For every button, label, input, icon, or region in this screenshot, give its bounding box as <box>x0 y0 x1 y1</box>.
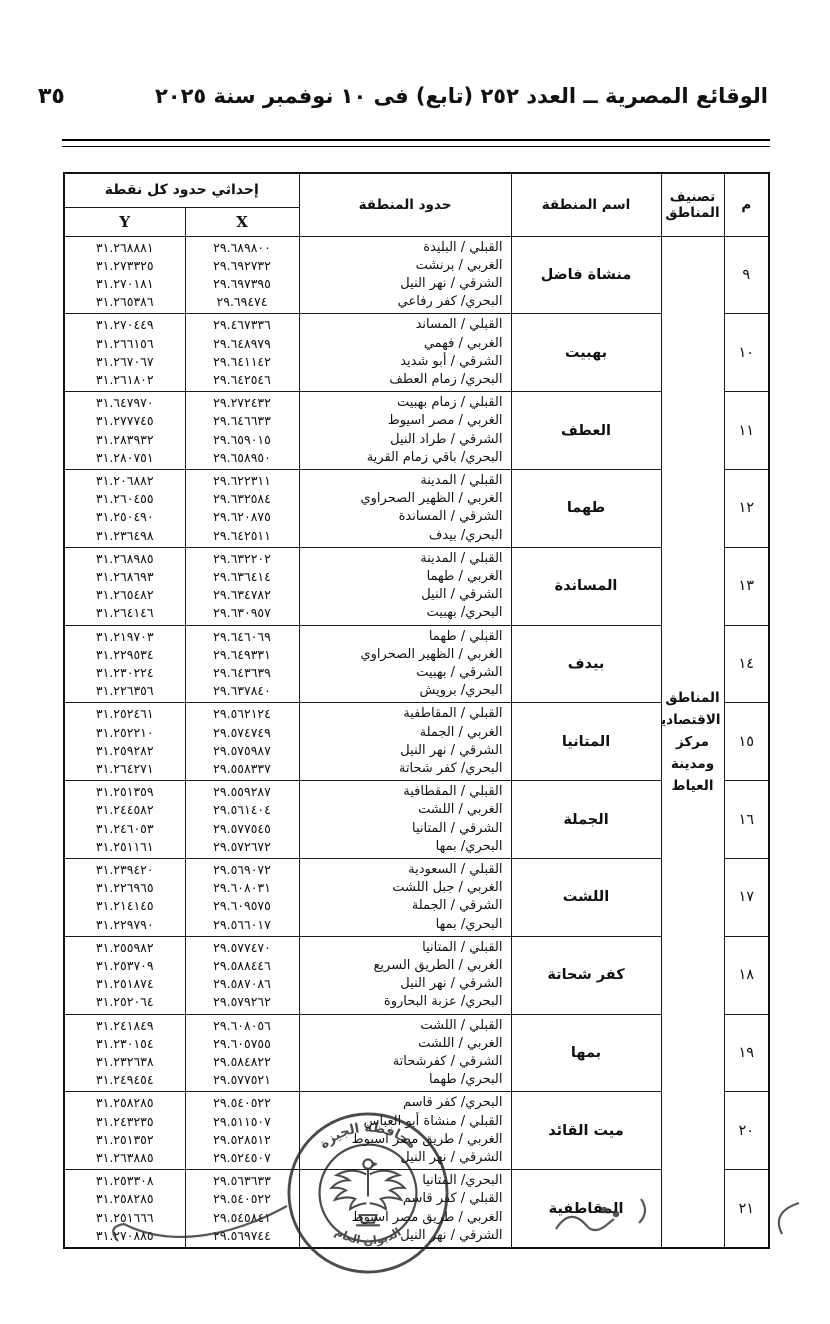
x-coordinate-value: ٢٩.٥٧٢٦٧٢ <box>186 838 299 856</box>
area-boundaries: القبلي / البليدةالغربي / برنشتالشرقي / ن… <box>299 236 511 314</box>
x-coordinate-value: ٢٩.٦٤٢٥١١ <box>186 527 299 545</box>
boundary-line: الشرقي / طراد النيل <box>302 431 503 449</box>
boundary-line: البحري/ باقي زمام القرية <box>302 449 503 467</box>
x-coordinate-value: ٢٩.٦٤٣٦٣٩ <box>186 664 299 682</box>
x-coordinate-value: ٢٩.٥٧٩٢٦٢ <box>186 993 299 1011</box>
y-coordinates: ٣١.٦٤٧٩٧٠٣١.٢٧٧٧٤٥٣١.٢٨٣٩٣٢٣١.٢٨٠٧٥١ <box>64 392 185 470</box>
boundary-line: القبلي / طهما <box>302 628 503 646</box>
y-coordinate-value: ٣١.٢٥٣٧٠٩ <box>65 957 185 975</box>
x-coordinate-value: ٢٩.٥٦٩٠٧٢ <box>186 861 299 879</box>
area-boundaries: القبلي / المتانياالغربي / الطريق السريعا… <box>299 936 511 1014</box>
area-boundaries: القبلي / المساندالغربي / فهميالشرقي / أب… <box>299 314 511 392</box>
boundary-line: الغربي / طريق مصر اسيوط <box>302 1131 503 1149</box>
x-coordinate-value: ٢٩.٦٠٨٠٣١ <box>186 879 299 897</box>
y-coordinate-value: ٣١.٢٣٠١٥٤ <box>65 1035 185 1053</box>
area-name: المساندة <box>511 547 661 625</box>
page-header: الوقائع المصرية ــ العدد ٢٥٢ (تابع) فى ١… <box>38 84 768 109</box>
y-coordinate-value: ٣١.٢٤٤٥٨٢ <box>65 801 185 819</box>
x-coordinate-value: ٢٩.٥٢٨٥١٢ <box>186 1131 299 1149</box>
x-coordinate-value: ٢٩.٦٤٢٥٤٦ <box>186 371 299 389</box>
y-coordinate-value: ٣١.٢٨٠٧٥١ <box>65 449 185 467</box>
y-coordinate-value: ٣١.٢٧٠٨٨٥ <box>65 1227 185 1245</box>
row-index: ١٣ <box>724 547 769 625</box>
y-coordinates: ٣١.٢١٩٧٠٣٣١.٢٢٩٥٣٤٣١.٢٣٠٢٢٤٣١.٢٢٦٣٥٦ <box>64 625 185 703</box>
y-coordinate-value: ٣١.٢٥١٣٥٢ <box>65 1131 185 1149</box>
boundary-line: الغربي / طهما <box>302 568 503 586</box>
x-coordinate-value: ٢٩.٥٢٤٥٠٧ <box>186 1149 299 1167</box>
header-divider-rule <box>62 139 770 147</box>
area-boundaries: القبلي / المدينةالغربي / طهماالشرقي / ال… <box>299 547 511 625</box>
row-index: ١٠ <box>724 314 769 392</box>
table-header: م تصنيف المناطق اسم المنطقة حدود المنطقة… <box>64 173 769 236</box>
row-index: ١٦ <box>724 781 769 859</box>
area-name: بيدف <box>511 625 661 703</box>
x-coordinates: ٢٩.٦٠٨٠٥٦٢٩.٦٠٥٧٥٥٢٩.٥٨٤٨٢٢٢٩.٥٧٧٥٢١ <box>185 1014 299 1092</box>
y-coordinate-value: ٣١.٢٦٠٤٥٥ <box>65 490 185 508</box>
x-coordinate-value: ٢٩.٦٣٠٩٥٧ <box>186 604 299 622</box>
x-coordinates: ٢٩.٢٧٢٤٣٢٢٩.٦٤٦٦٣٣٢٩.٦٥٩٠١٥٢٩.٦٥٨٩٥٠ <box>185 392 299 470</box>
x-coordinates: ٢٩.٦٣٢٢٠٢٢٩.٦٣٦٤١٤٢٩.٦٣٤٧٨٢٢٩.٦٣٠٩٥٧ <box>185 547 299 625</box>
row-index: ١٧ <box>724 859 769 937</box>
x-coordinate-value: ٢٩.٦٣٢٥٨٤ <box>186 490 299 508</box>
y-coordinates: ٣١.٢٥١٣٥٩٣١.٢٤٤٥٨٢٣١.٢٤٦٠٥٣٣١.٢٥١١٦١ <box>64 781 185 859</box>
x-coordinate-value: ٢٩.٥٧٤٧٤٩ <box>186 724 299 742</box>
x-coordinate-value: ٢٩.٥٦٣٦٣٣ <box>186 1172 299 1190</box>
col-header-classification: تصنيف المناطق <box>661 173 724 236</box>
y-coordinate-value: ٣١.٢٥٢٠٦٤ <box>65 993 185 1011</box>
area-name: طهما <box>511 469 661 547</box>
y-coordinate-value: ٣١.٢٦٤٢٧١ <box>65 760 185 778</box>
row-index: ١٩ <box>724 1014 769 1092</box>
col-header-y: Y <box>64 207 185 236</box>
x-coordinate-value: ٢٩.٦٤٨٩٧٩ <box>186 335 299 353</box>
y-coordinate-value: ٣١.٢٦٥٣٨٦ <box>65 293 185 311</box>
area-boundaries: القبلي / السعوديةالغربي / جبل اللشتالشرق… <box>299 859 511 937</box>
x-coordinate-value: ٢٩.٥٦٦٠١٧ <box>186 916 299 934</box>
row-index: ٩ <box>724 236 769 314</box>
area-name: كفر شحاتة <box>511 936 661 1014</box>
x-coordinate-value: ٢٩.٦٠٨٠٥٦ <box>186 1017 299 1035</box>
x-coordinate-value: ٢٩.٦٩٢٧٣٢ <box>186 257 299 275</box>
boundary-line: البحري/ برويش <box>302 682 503 700</box>
x-coordinate-value: ٢٩.٥٧٥٩٨٧ <box>186 742 299 760</box>
area-name: بهبيت <box>511 314 661 392</box>
boundary-line: القبلي / المتانيا <box>302 939 503 957</box>
x-coordinate-value: ٢٩.٢٧٢٤٣٢ <box>186 394 299 412</box>
boundary-line: القبلي / اللشت <box>302 1017 503 1035</box>
y-coordinate-value: ٣١.٢٤٣٢٣٥ <box>65 1113 185 1131</box>
x-coordinate-value: ٢٩.٥٦٩٧٤٤ <box>186 1227 299 1245</box>
y-coordinate-value: ٣١.٢٥٠٤٩٠ <box>65 508 185 526</box>
y-coordinate-value: ٣١.٢٧٣٣٢٥ <box>65 257 185 275</box>
y-coordinate-value: ٣١.٢٥٨٢٨٥ <box>65 1094 185 1112</box>
area-name: اللشت <box>511 859 661 937</box>
x-coordinate-value: ٢٩.٦٤٦٦٣٣ <box>186 412 299 430</box>
y-coordinate-value: ٣١.٢٦٧٠٦٧ <box>65 353 185 371</box>
boundary-line: الشرقي / المساندة <box>302 508 503 526</box>
page-number: ٣٥ <box>38 84 65 109</box>
area-boundaries: البحري/ المتانياالقبلي / كفر قاسمالغربي … <box>299 1170 511 1248</box>
y-coordinate-value: ٣١.٢٥٢٤٦١ <box>65 705 185 723</box>
boundary-line: القبلي / منشاة أبو العباس <box>302 1113 503 1131</box>
y-coordinates: ٣١.٢٠٦٨٨٢٣١.٢٦٠٤٥٥٣١.٢٥٠٤٩٠٣١.٢٣٦٤٩٨ <box>64 469 185 547</box>
area-name: العطف <box>511 392 661 470</box>
x-coordinates: ٢٩.٥٦٣٦٣٣٢٩.٥٤٠٥٢٢٢٩.٥٤٥٨٤١٢٩.٥٦٩٧٤٤ <box>185 1170 299 1248</box>
zones-coordinates-table: م تصنيف المناطق اسم المنطقة حدود المنطقة… <box>63 172 770 1249</box>
y-coordinate-value: ٣١.٢٥١١٦١ <box>65 838 185 856</box>
x-coordinate-value: ٢٩.٦٤٦٠٦٩ <box>186 628 299 646</box>
y-coordinate-value: ٣١.٢٢٩٧٩٠ <box>65 916 185 934</box>
boundary-line: البحري/ طهما <box>302 1071 503 1089</box>
y-coordinate-value: ٣١.٢١٩٧٠٣ <box>65 628 185 646</box>
y-coordinate-value: ٣١.٢٣٠٢٢٤ <box>65 664 185 682</box>
x-coordinate-value: ٢٩.٥٥٨٣٣٧ <box>186 760 299 778</box>
y-coordinate-value: ٣١.٢٧٠٤٤٩ <box>65 316 185 334</box>
x-coordinate-value: ٢٩.٥٧٧٥٤٥ <box>186 820 299 838</box>
x-coordinate-value: ٢٩.٥٤٠٥٢٢ <box>186 1190 299 1208</box>
boundary-line: الشرقي / نهر النيل <box>302 275 503 293</box>
boundary-line: البحري/ المتانيا <box>302 1172 503 1190</box>
y-coordinate-value: ٣١.٢٦١٨٠٢ <box>65 371 185 389</box>
y-coordinates: ٣١.٢٤١٨٤٩٣١.٢٣٠١٥٤٣١.٢٣٢٦٣٨٣١.٢٤٩٤٥٤ <box>64 1014 185 1092</box>
area-name: المقاطفية <box>511 1170 661 1248</box>
area-name: بمها <box>511 1014 661 1092</box>
boundary-line: الغربي / جبل اللشت <box>302 879 503 897</box>
x-coordinate-value: ٢٩.٥٤٥٨٤١ <box>186 1209 299 1227</box>
y-coordinates: ٣١.٢٦٨٨٨١٣١.٢٧٣٣٢٥٣١.٢٧٠١٨١٣١.٢٦٥٣٨٦ <box>64 236 185 314</box>
boundary-line: الشرقي / نهر النيل <box>302 975 503 993</box>
boundary-line: البحري/ زمام العطف <box>302 371 503 389</box>
boundary-line: الغربي / طريق مصر اسيوط <box>302 1209 503 1227</box>
y-coordinate-value: ٣١.٢٥٢٢١٠ <box>65 724 185 742</box>
y-coordinate-value: ٣١.٢٥٥٩٨٢ <box>65 939 185 957</box>
boundary-line: الشرقي / أبو شديد <box>302 353 503 371</box>
boundary-line: البحري/ بيدف <box>302 527 503 545</box>
row-index: ٢٠ <box>724 1092 769 1170</box>
boundary-line: البحري/ كفر قاسم <box>302 1094 503 1112</box>
y-coordinates: ٣١.٢٥٥٩٨٢٣١.٢٥٣٧٠٩٣١.٢٥١٨٧٤٣١.٢٥٢٠٦٤ <box>64 936 185 1014</box>
area-boundaries: البحري/ كفر قاسمالقبلي / منشاة أبو العبا… <box>299 1092 511 1170</box>
col-header-x: X <box>185 207 299 236</box>
x-coordinate-value: ٢٩.٥٦١٤٠٤ <box>186 801 299 819</box>
boundary-line: القبلي / المقطافية <box>302 783 503 801</box>
y-coordinate-value: ٣١.٢٨٣٩٣٢ <box>65 431 185 449</box>
y-coordinate-value: ٣١.٢٥٣٣٠٨ <box>65 1172 185 1190</box>
y-coordinate-value: ٣١.٢٤٦٠٥٣ <box>65 820 185 838</box>
x-coordinate-value: ٢٩.٥٨٨٤٤٦ <box>186 957 299 975</box>
area-boundaries: القبلي / المدينةالغربي / الظهير الصحراوي… <box>299 469 511 547</box>
boundary-line: الغربي / اللشت <box>302 801 503 819</box>
x-coordinate-value: ٢٩.٥١١٥٠٧ <box>186 1113 299 1131</box>
col-header-coordinates-group: إحداثي حدود كل نقطة <box>64 173 299 207</box>
area-boundaries: القبلي / المقطافيةالغربي / اللشتالشرقي /… <box>299 781 511 859</box>
col-header-boundaries: حدود المنطقة <box>299 173 511 236</box>
y-coordinate-value: ٣١.٢٤١٨٤٩ <box>65 1017 185 1035</box>
y-coordinate-value: ٣١.٢٥١٦٦٦ <box>65 1209 185 1227</box>
y-coordinates: ٣١.٢٥٢٤٦١٣١.٢٥٢٢١٠٣١.٢٥٩٢٨٢٣١.٢٦٤٢٧١ <box>64 703 185 781</box>
y-coordinate-value: ٣١.٢٤٩٤٥٤ <box>65 1071 185 1089</box>
x-coordinate-value: ٢٩.٦٩٤٧٤ <box>186 293 299 311</box>
x-coordinate-value: ٢٩.٦٢٢٣١١ <box>186 472 299 490</box>
boundary-line: الشرقي / الجملة <box>302 897 503 915</box>
x-coordinates: ٢٩.٦٨٩٨٠٠٢٩.٦٩٢٧٣٢٢٩.٦٩٧٣٩٥٢٩.٦٩٤٧٤ <box>185 236 299 314</box>
y-coordinate-value: ٣١.٢٣٦٤٩٨ <box>65 527 185 545</box>
area-boundaries: القبلي / اللشتالغربي / اللشتالشرقي / كفر… <box>299 1014 511 1092</box>
y-coordinate-value: ٣١.٢٦٤١٤٦ <box>65 604 185 622</box>
boundary-line: الشرقي / كفرشحاتة <box>302 1053 503 1071</box>
boundary-line: الغربي / الظهير الصحراوي <box>302 646 503 664</box>
x-coordinates: ٢٩.٥٥٩٢٨٧٢٩.٥٦١٤٠٤٢٩.٥٧٧٥٤٥٢٩.٥٧٢٦٧٢ <box>185 781 299 859</box>
boundary-line: البحري/ بمها <box>302 838 503 856</box>
boundary-line: القبلي / السعودية <box>302 861 503 879</box>
signature-scribble-right <box>779 1203 799 1234</box>
y-coordinate-value: ٣١.٢٣٢٦٣٨ <box>65 1053 185 1071</box>
x-coordinates: ٢٩.٥٧٧٤٧٠٢٩.٥٨٨٤٤٦٢٩.٥٨٧٠٨٦٢٩.٥٧٩٢٦٢ <box>185 936 299 1014</box>
x-coordinate-value: ٢٩.٦٩٧٣٩٥ <box>186 275 299 293</box>
y-coordinate-value: ٣١.٢٦٣٨٨٥ <box>65 1149 185 1167</box>
row-index: ٢١ <box>724 1170 769 1248</box>
x-coordinate-value: ٢٩.٥٧٧٥٢١ <box>186 1071 299 1089</box>
x-coordinate-value: ٢٩.٦٥٩٠١٥ <box>186 431 299 449</box>
area-boundaries: القبلي / زمام بهبيتالغربي / مصر اسيوطالش… <box>299 392 511 470</box>
boundary-line: الغربي / الجملة <box>302 724 503 742</box>
area-name: الجملة <box>511 781 661 859</box>
x-coordinate-value: ٢٩.٦٤٩٣٣١ <box>186 646 299 664</box>
y-coordinate-value: ٣١.٢٥٨٢٨٥ <box>65 1190 185 1208</box>
boundary-line: الشرقي / بهبيت <box>302 664 503 682</box>
boundary-line: البحري/ كفر شحاتة <box>302 760 503 778</box>
y-coordinate-value: ٣١.٢٢٩٥٣٤ <box>65 646 185 664</box>
area-boundaries: القبلي / المقاطفيةالغربي / الجملةالشرقي … <box>299 703 511 781</box>
col-header-area-name: اسم المنطقة <box>511 173 661 236</box>
x-coordinate-value: ٢٩.٦٠٥٧٥٥ <box>186 1035 299 1053</box>
boundary-line: الشرقي / نهر النيل <box>302 1149 503 1167</box>
y-coordinates: ٣١.٢٥٣٣٠٨٣١.٢٥٨٢٨٥٣١.٢٥١٦٦٦٣١.٢٧٠٨٨٥ <box>64 1170 185 1248</box>
boundary-line: الغربي / الظهير الصحراوي <box>302 490 503 508</box>
y-coordinate-value: ٣١.٢١٤١٤٥ <box>65 897 185 915</box>
boundary-line: الغربي / برنشت <box>302 257 503 275</box>
y-coordinate-value: ٣١.٢٦٨٨٨١ <box>65 239 185 257</box>
row-index: ١٨ <box>724 936 769 1014</box>
x-coordinates: ٢٩.٦٤٦٠٦٩٢٩.٦٤٩٣٣١٢٩.٦٤٣٦٣٩٢٩.٦٣٧٨٤٠ <box>185 625 299 703</box>
x-coordinate-value: ٢٩.٦٥٨٩٥٠ <box>186 449 299 467</box>
y-coordinate-value: ٣١.٢٠٦٨٨٢ <box>65 472 185 490</box>
row-index: ١٢ <box>724 469 769 547</box>
y-coordinate-value: ٣١.٢٧٧٧٤٥ <box>65 412 185 430</box>
x-coordinates: ٢٩.٦٢٢٣١١٢٩.٦٣٢٥٨٤٢٩.٦٢٠٨٧٥٢٩.٦٤٢٥١١ <box>185 469 299 547</box>
y-coordinate-value: ٣١.٢٥١٨٧٤ <box>65 975 185 993</box>
row-index: ١١ <box>724 392 769 470</box>
boundary-line: القبلي / المدينة <box>302 550 503 568</box>
x-coordinate-value: ٢٩.٦٨٩٨٠٠ <box>186 239 299 257</box>
x-coordinates: ٢٩.٥٤٠٥٢٢٢٩.٥١١٥٠٧٢٩.٥٢٨٥١٢٢٩.٥٢٤٥٠٧ <box>185 1092 299 1170</box>
boundary-line: الشرقي / النيل <box>302 586 503 604</box>
boundary-line: القبلي / زمام بهبيت <box>302 394 503 412</box>
x-coordinates: ٢٩.٥٦٩٠٧٢٢٩.٦٠٨٠٣١٢٩.٦٠٩٥٧٥٢٩.٥٦٦٠١٧ <box>185 859 299 937</box>
y-coordinate-value: ٣١.٢٣٩٤٢٠ <box>65 861 185 879</box>
boundary-line: القبلي / المدينة <box>302 472 503 490</box>
x-coordinate-value: ٢٩.٦٣٦٤١٤ <box>186 568 299 586</box>
y-coordinate-value: ٣١.٢٧٠١٨١ <box>65 275 185 293</box>
x-coordinate-value: ٢٩.٦٣٤٧٨٢ <box>186 586 299 604</box>
area-name: ميت القائد <box>511 1092 661 1170</box>
boundary-line: البحري/ بمها <box>302 916 503 934</box>
x-coordinates: ٢٩.٤٦٧٣٣٦٢٩.٦٤٨٩٧٩٢٩.٦٤١١٤٢٢٩.٦٤٢٥٤٦ <box>185 314 299 392</box>
y-coordinates: ٣١.٢٦٨٩٨٥٣١.٢٦٨٦٩٣٣١.٢٦٥٤٨٢٣١.٢٦٤١٤٦ <box>64 547 185 625</box>
x-coordinates: ٢٩.٥٦٢١٢٤٢٩.٥٧٤٧٤٩٢٩.٥٧٥٩٨٧٢٩.٥٥٨٣٣٧ <box>185 703 299 781</box>
boundary-line: القبلي / البليدة <box>302 239 503 257</box>
y-coordinate-value: ٣١.٢٢٦٣٥٦ <box>65 682 185 700</box>
classification-merged-cell: المناطق الاقتصادية مركز ومدينة العياط <box>661 236 724 1248</box>
boundary-line: الغربي / الطريق السريع <box>302 957 503 975</box>
y-coordinate-value: ٣١.٦٤٧٩٧٠ <box>65 394 185 412</box>
boundary-line: الغربي / مصر اسيوط <box>302 412 503 430</box>
boundary-line: الغربي / فهمي <box>302 335 503 353</box>
x-coordinate-value: ٢٩.٤٦٧٣٣٦ <box>186 316 299 334</box>
row-index: ١٥ <box>724 703 769 781</box>
y-coordinate-value: ٣١.٢٦٦١٥٦ <box>65 335 185 353</box>
boundary-line: البحري/ بهبيت <box>302 604 503 622</box>
y-coordinates: ٣١.٢٣٩٤٢٠٣١.٢٢٦٩٦٥٣١.٢١٤١٤٥٣١.٢٢٩٧٩٠ <box>64 859 185 937</box>
x-coordinate-value: ٢٩.٥٦٢١٢٤ <box>186 705 299 723</box>
row-index: ١٤ <box>724 625 769 703</box>
table-body: ٩المناطق الاقتصادية مركز ومدينة العياط م… <box>64 236 769 1248</box>
gazette-title: الوقائع المصرية ــ العدد ٢٥٢ (تابع) فى ١… <box>155 84 768 108</box>
x-coordinate-value: ٢٩.٦٢٠٨٧٥ <box>186 508 299 526</box>
y-coordinate-value: ٣١.٢٥١٣٥٩ <box>65 783 185 801</box>
gazette-page: { "page": { "header_title": "الوقائع الم… <box>0 0 830 1324</box>
x-coordinate-value: ٢٩.٦٠٩٥٧٥ <box>186 897 299 915</box>
y-coordinate-value: ٣١.٢٦٥٤٨٢ <box>65 586 185 604</box>
boundary-line: الغربي / اللشت <box>302 1035 503 1053</box>
boundary-line: القبلي / المقاطفية <box>302 705 503 723</box>
y-coordinate-value: ٣١.٢٢٦٩٦٥ <box>65 879 185 897</box>
x-coordinate-value: ٢٩.٥٨٤٨٢٢ <box>186 1053 299 1071</box>
area-name: المتانيا <box>511 703 661 781</box>
x-coordinate-value: ٢٩.٥٥٩٢٨٧ <box>186 783 299 801</box>
y-coordinate-value: ٣١.٢٦٨٩٨٥ <box>65 550 185 568</box>
table-row: ٩المناطق الاقتصادية مركز ومدينة العياط م… <box>64 236 769 314</box>
boundary-line: البحري/ كفر رفاعي <box>302 293 503 311</box>
y-coordinates: ٣١.٢٥٨٢٨٥٣١.٢٤٣٢٣٥٣١.٢٥١٣٥٢٣١.٢٦٣٨٨٥ <box>64 1092 185 1170</box>
x-coordinate-value: ٢٩.٦٣٢٢٠٢ <box>186 550 299 568</box>
boundary-line: القبلي / المساند <box>302 316 503 334</box>
area-boundaries: القبلي / طهماالغربي / الظهير الصحراويالش… <box>299 625 511 703</box>
y-coordinate-value: ٣١.٢٥٩٢٨٢ <box>65 742 185 760</box>
x-coordinate-value: ٢٩.٦٣٧٨٤٠ <box>186 682 299 700</box>
x-coordinate-value: ٢٩.٥٨٧٠٨٦ <box>186 975 299 993</box>
x-coordinate-value: ٢٩.٥٧٧٤٧٠ <box>186 939 299 957</box>
col-header-index: م <box>724 173 769 236</box>
y-coordinates: ٣١.٢٧٠٤٤٩٣١.٢٦٦١٥٦٣١.٢٦٧٠٦٧٣١.٢٦١٨٠٢ <box>64 314 185 392</box>
x-coordinate-value: ٢٩.٥٤٠٥٢٢ <box>186 1094 299 1112</box>
y-coordinate-value: ٣١.٢٦٨٦٩٣ <box>65 568 185 586</box>
boundary-line: الشرقي / نهر النيل <box>302 742 503 760</box>
boundary-line: البحري/ عزبة البحاروة <box>302 993 503 1011</box>
area-name: منشاة فاضل <box>511 236 661 314</box>
boundary-line: الشرقي / المتانيا <box>302 820 503 838</box>
boundary-line: الشرقي / نهر النيل <box>302 1227 503 1245</box>
boundary-line: القبلي / كفر قاسم <box>302 1190 503 1208</box>
x-coordinate-value: ٢٩.٦٤١١٤٢ <box>186 353 299 371</box>
